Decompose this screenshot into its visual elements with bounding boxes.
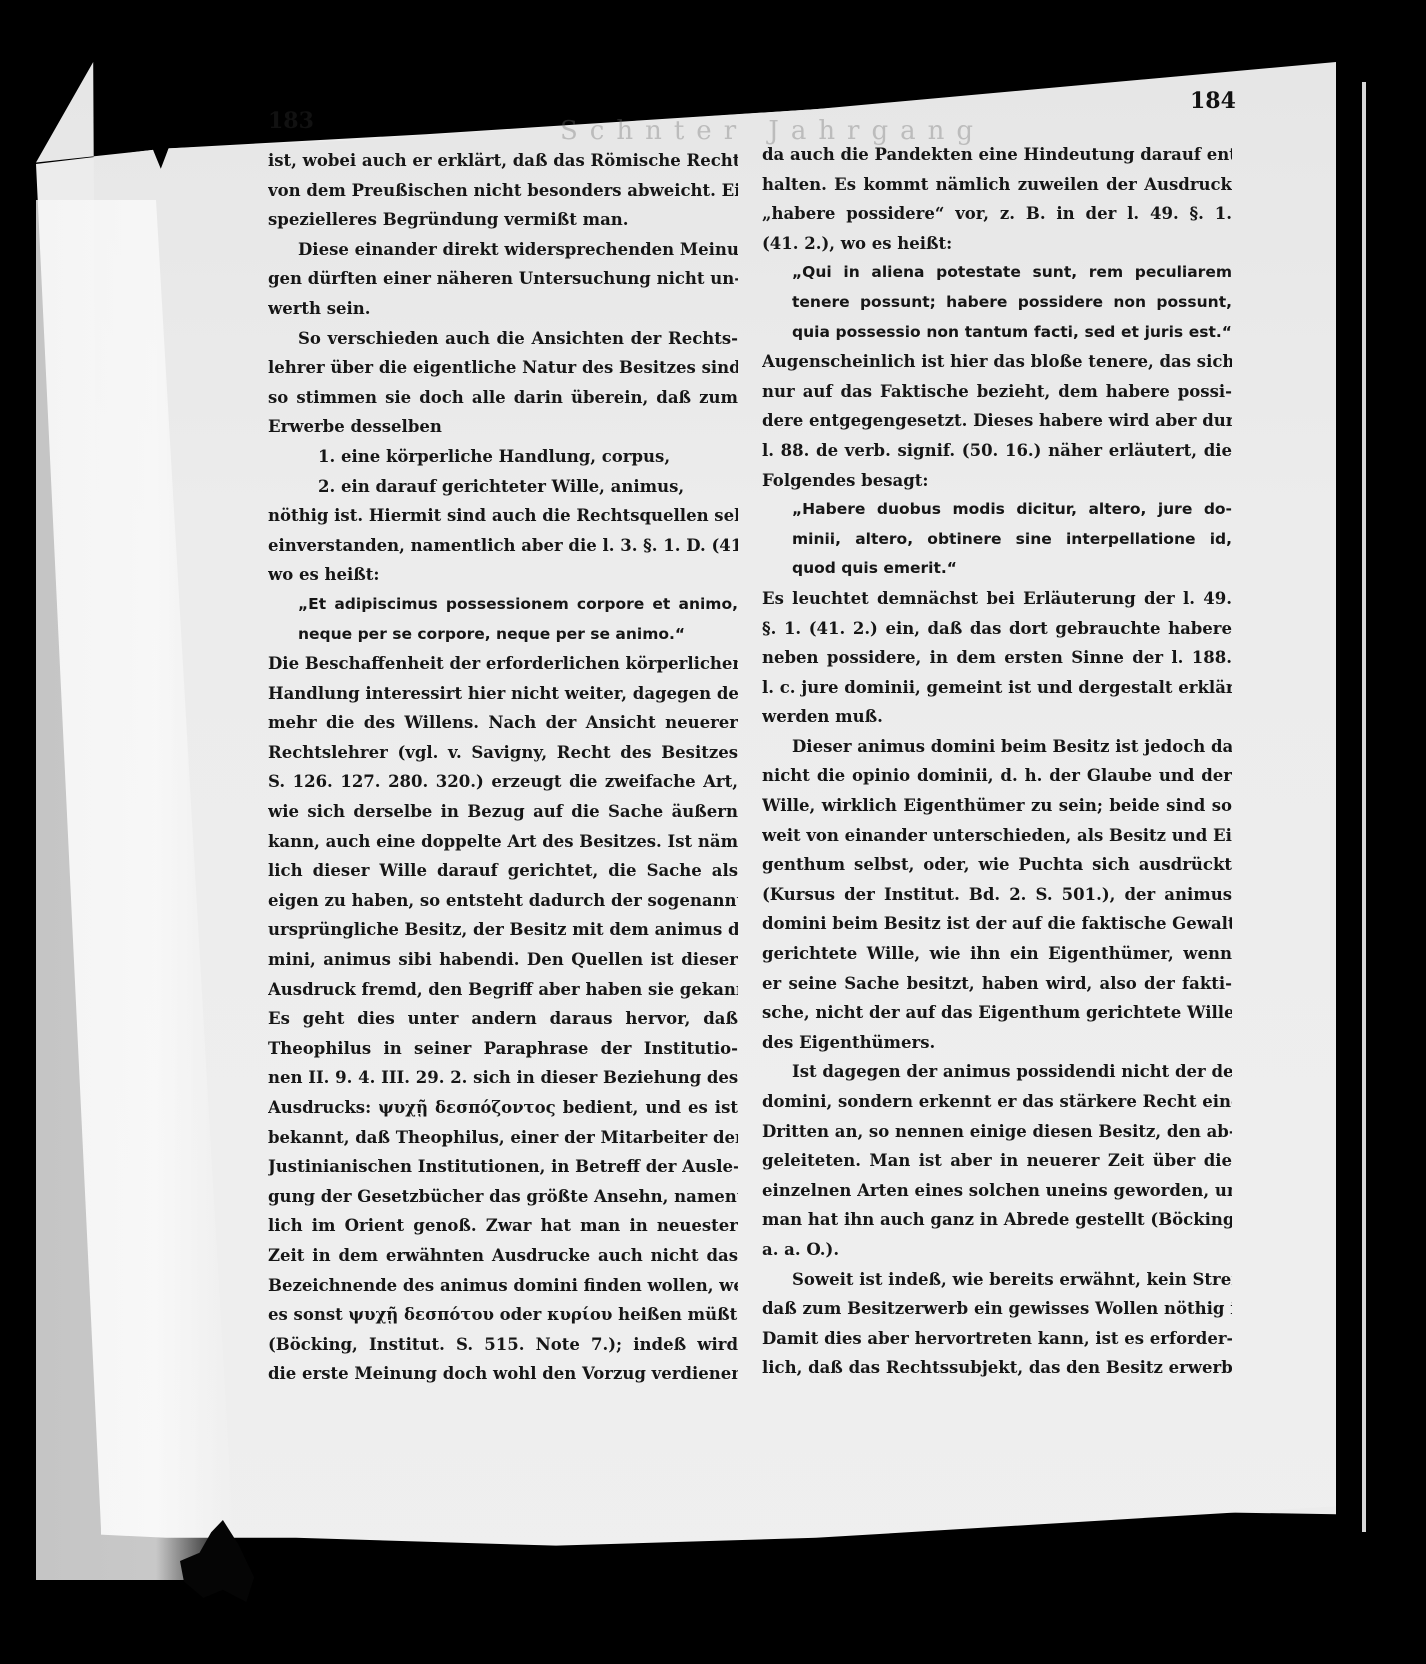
text-line: Diese einander direkt widersprechenden M…: [268, 235, 738, 265]
text-line: Rechtslehrer (vgl. v. Savigny, Recht des…: [268, 738, 738, 768]
text-line: einzelnen Arten eines solchen uneins gew…: [762, 1176, 1232, 1206]
text-line: kann, auch eine doppelte Art des Besitze…: [268, 827, 738, 857]
text-line: tenere possunt; habere possidere non pos…: [762, 288, 1232, 318]
text-line: Soweit ist indeß, wie bereits erwähnt, k…: [762, 1265, 1232, 1295]
right-column-text: da auch die Pandekten eine Hindeutung da…: [762, 140, 1232, 1383]
text-line: Bezeichnende des animus domini finden wo…: [268, 1271, 738, 1301]
text-line: gung der Gesetzbücher das größte Ansehn,…: [268, 1182, 738, 1212]
text-line: einverstanden, namentlich aber die l. 3.…: [268, 531, 738, 561]
text-line: mehr die des Willens. Nach der Ansicht n…: [268, 708, 738, 738]
page-number-right: 184: [1190, 88, 1236, 114]
text-line: ist, wobei auch er erklärt, daß das Römi…: [268, 146, 738, 176]
text-line: bekannt, daß Theophilus, einer der Mitar…: [268, 1123, 738, 1153]
text-line: nicht die opinio dominii, d. h. der Glau…: [762, 761, 1232, 791]
text-line: dere entgegengesetzt. Dieses habere wird…: [762, 406, 1232, 436]
text-line: Wille, wirklich Eigenthümer zu sein; bei…: [762, 791, 1232, 821]
text-line: domini beim Besitz ist der auf die fakti…: [762, 909, 1232, 939]
text-line: domini, sondern erkennt er das stärkere …: [762, 1087, 1232, 1117]
text-line: eigen zu haben, so entsteht dadurch der …: [268, 886, 738, 916]
text-line: mini, animus sibi habendi. Den Quellen i…: [268, 945, 738, 975]
text-line: Ausdruck fremd, den Begriff aber haben s…: [268, 975, 738, 1005]
text-line: quod quis emerit.“: [762, 554, 1232, 584]
text-line: „Habere duobus modis dicitur, altero, ju…: [762, 495, 1232, 525]
page-number-left: 183: [268, 108, 314, 134]
text-line: S. 126. 127. 280. 320.) erzeugt die zwei…: [268, 767, 738, 797]
text-line: minii, altero, obtinere sine interpellat…: [762, 525, 1232, 555]
text-line: Theophilus in seiner Paraphrase der Inst…: [268, 1034, 738, 1064]
page-edge: [1362, 82, 1366, 1532]
text-line: Ausdrucks: ψυχῇ δεσπόζοντος bedient, und…: [268, 1093, 738, 1123]
text-line: a. a. O.).: [762, 1235, 1232, 1265]
text-line: wo es heißt:: [268, 560, 738, 590]
text-line: Damit dies aber hervortreten kann, ist e…: [762, 1324, 1232, 1354]
text-line: (Kursus der Institut. Bd. 2. S. 501.), d…: [762, 880, 1232, 910]
text-line: lich, daß das Rechtssubjekt, das den Bes…: [762, 1353, 1232, 1383]
text-line: „Qui in aliena potestate sunt, rem pecul…: [762, 258, 1232, 288]
text-line: die erste Meinung doch wohl den Vorzug v…: [268, 1359, 738, 1389]
text-line: Es geht dies unter andern daraus hervor,…: [268, 1004, 738, 1034]
text-line: (Böcking, Institut. S. 515. Note 7.); in…: [268, 1330, 738, 1360]
text-line: werden muß.: [762, 702, 1232, 732]
text-line: von dem Preußischen nicht besonders abwe…: [268, 176, 738, 206]
text-line: Dritten an, so nennen einige diesen Besi…: [762, 1117, 1232, 1147]
text-line: neben possidere, in dem ersten Sinne der…: [762, 643, 1232, 673]
text-line: man hat ihn auch ganz in Abrede gestellt…: [762, 1205, 1232, 1235]
text-line: halten. Es kommt nämlich zuweilen der Au…: [762, 170, 1232, 200]
text-line: Augenscheinlich ist hier das bloße tener…: [762, 347, 1232, 377]
text-line: Zeit in dem erwähnten Ausdrucke auch nic…: [268, 1241, 738, 1271]
left-column-text: ist, wobei auch er erklärt, daß das Römi…: [268, 146, 738, 1389]
text-line: weit von einander unterschieden, als Bes…: [762, 821, 1232, 851]
text-line: „Et adipiscimus possessionem corpore et …: [268, 590, 738, 620]
text-line: nen II. 9. 4. III. 29. 2. sich in dieser…: [268, 1063, 738, 1093]
text-line: lich im Orient genoß. Zwar hat man in ne…: [268, 1211, 738, 1241]
text-line: Erwerbe desselben: [268, 412, 738, 442]
text-line: genthum selbst, oder, wie Puchta sich au…: [762, 850, 1232, 880]
text-line: gen dürften einer näheren Untersuchung n…: [268, 264, 738, 294]
text-line: Dieser animus domini beim Besitz ist jed…: [762, 732, 1232, 762]
text-line: l. c. jure dominii, gemeint ist und derg…: [762, 673, 1232, 703]
text-line: da auch die Pandekten eine Hindeutung da…: [762, 140, 1232, 170]
text-line: Ist dagegen der animus possidendi nicht …: [762, 1057, 1232, 1087]
text-line: geleiteten. Man ist aber in neuerer Zeit…: [762, 1146, 1232, 1176]
text-line: neque per se corpore, neque per se animo…: [268, 620, 738, 650]
text-line: 1. eine körperliche Handlung, corpus,: [268, 442, 738, 472]
text-line: gerichtete Wille, wie ihn ein Eigenthüme…: [762, 939, 1232, 969]
text-line: spezielleres Begründung vermißt man.: [268, 205, 738, 235]
text-line: werth sein.: [268, 294, 738, 324]
text-line: Die Beschaffenheit der erforderlichen kö…: [268, 649, 738, 679]
text-line: nur auf das Faktische bezieht, dem haber…: [762, 377, 1232, 407]
text-line: lich dieser Wille darauf gerichtet, die …: [268, 856, 738, 886]
text-line: ursprüngliche Besitz, der Besitz mit dem…: [268, 915, 738, 945]
text-line: Handlung interessirt hier nicht weiter, …: [268, 679, 738, 709]
text-line: 2. ein darauf gerichteter Wille, animus,: [268, 472, 738, 502]
text-line: (41. 2.), wo es heißt:: [762, 229, 1232, 259]
text-line: er seine Sache besitzt, haben wird, also…: [762, 969, 1232, 999]
text-line: daß zum Besitzerwerb ein gewisses Wollen…: [762, 1294, 1232, 1324]
text-line: Folgendes besagt:: [762, 466, 1232, 496]
text-line: lehrer über die eigentliche Natur des Be…: [268, 353, 738, 383]
text-line: Es leuchtet demnächst bei Erläuterung de…: [762, 584, 1232, 614]
text-line: So verschieden auch die Ansichten der Re…: [268, 324, 738, 354]
text-line: §. 1. (41. 2.) ein, daß das dort gebrauc…: [762, 614, 1232, 644]
text-line: sche, nicht der auf das Eigenthum gerich…: [762, 998, 1232, 1028]
text-line: quia possessio non tantum facti, sed et …: [762, 318, 1232, 348]
text-line: nöthig ist. Hiermit sind auch die Rechts…: [268, 501, 738, 531]
text-line: so stimmen sie doch alle darin überein, …: [268, 383, 738, 413]
text-line: es sonst ψυχῇ δεσπότου oder κυρίου heiße…: [268, 1300, 738, 1330]
text-line: wie sich derselbe in Bezug auf die Sache…: [268, 797, 738, 827]
text-line: Justinianischen Institutionen, in Betref…: [268, 1152, 738, 1182]
text-line: l. 88. de verb. signif. (50. 16.) näher …: [762, 436, 1232, 466]
text-line: des Eigenthümers.: [762, 1028, 1232, 1058]
text-line: „habere possidere“ vor, z. B. in der l. …: [762, 199, 1232, 229]
